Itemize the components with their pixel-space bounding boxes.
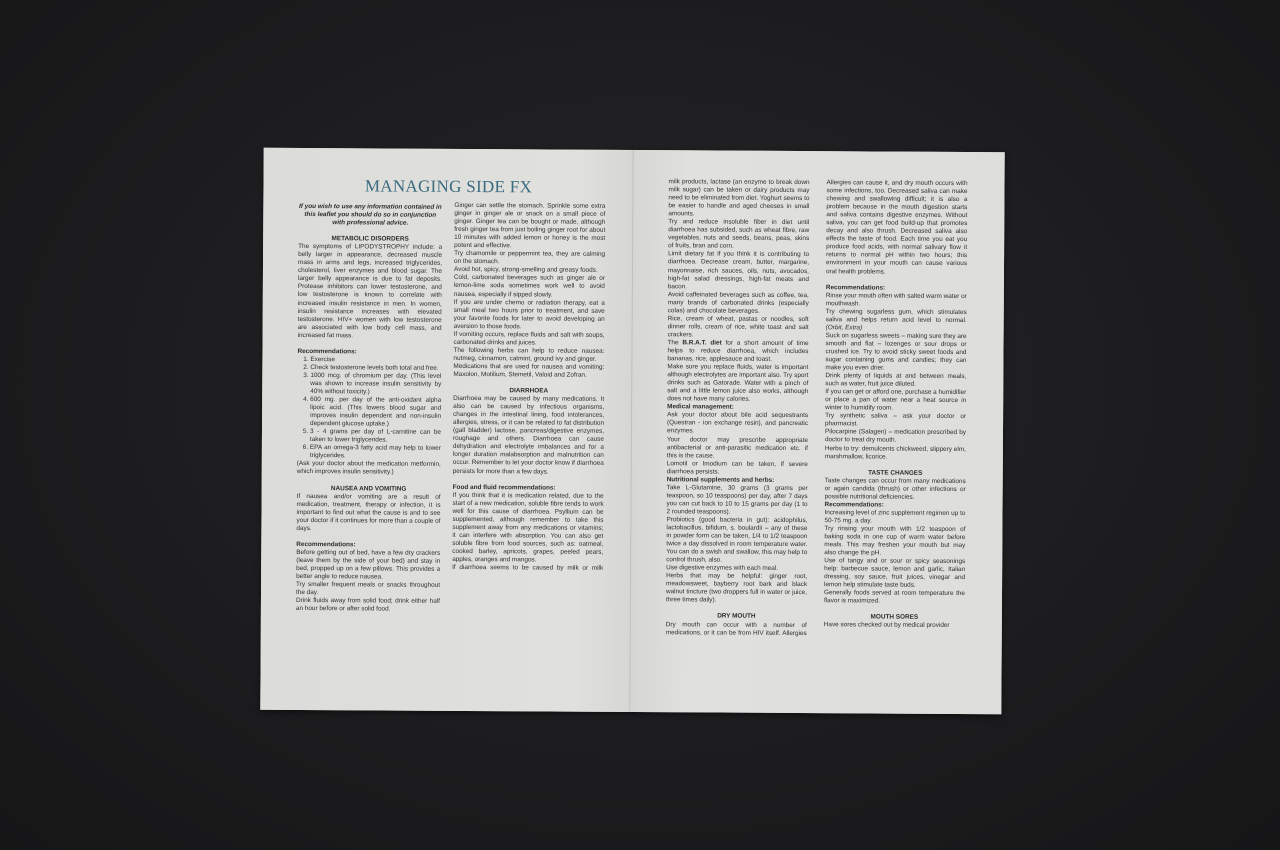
- dry-mouth-para: Rinse your mouth often with salted warm …: [826, 292, 967, 309]
- nausea-para: If you are under chemo or radiation ther…: [454, 298, 605, 331]
- fluids-para: Make sure you replace fluids, water is i…: [667, 363, 808, 404]
- taste-para: Generally foods served at room temperatu…: [824, 589, 965, 606]
- page-title: MANAGING SIDE FX: [263, 176, 633, 198]
- dry-mouth-body-text: Dry mouth can occur with a number of med…: [666, 621, 807, 638]
- mouth-sores-body: Have sores checked out by medical provid…: [824, 622, 965, 631]
- nausea-para: Cold, carbonated beverages such as ginge…: [454, 274, 605, 299]
- dry-mouth-para: Drink plenty of liquids at and between m…: [825, 372, 966, 389]
- food-para: Rice, cream of wheat, pastas or noodles,…: [668, 315, 809, 340]
- food-para: If diarrhoea seems to be caused by milk …: [452, 564, 603, 573]
- nausea-para: Before getting out of bed, have a few dr…: [296, 549, 440, 582]
- nutrition-para: Take L-Glutamine, 30 grams (3 grams per …: [666, 484, 807, 517]
- food-para: Try and reduce insoluble fiber in diet u…: [668, 218, 809, 251]
- dry-mouth-body-continued: Allergies can cause it, and dry mouth oc…: [826, 179, 968, 276]
- metabolic-body: The symptoms of LIPODYSTROPHY include: a…: [298, 243, 443, 340]
- nutrition-para: Probiotics (good bacteria in gut): acido…: [666, 516, 807, 565]
- taste-para: Increasing level of zinc supplement regi…: [824, 509, 965, 526]
- nausea-para: Try chamomile or peppermint tea, they ar…: [454, 250, 605, 267]
- list-item: EPA an omega-3 fatty acid may help to lo…: [310, 444, 441, 461]
- dry-mouth-para: Herbs to try: demulcents chickweed, slip…: [825, 445, 966, 462]
- taste-para: Try rinsing your mouth with 1/2 teaspoon…: [824, 525, 965, 558]
- dry-mouth-para: Try chewing sugarless gum, which stimula…: [826, 308, 967, 333]
- dry-mouth-para: If you can get or afford one, purchase a…: [825, 388, 966, 413]
- column-4: Allergies can cause it, and dry mouth oc…: [824, 179, 968, 630]
- dry-mouth-para: Suck on sugarless sweets – making sure t…: [825, 332, 966, 373]
- dry-mouth-para: Try synthetic saliva – ask your doctor o…: [825, 412, 966, 429]
- taste-para: Use of tangy and or sour or spicy season…: [824, 557, 965, 590]
- medical-para: Your doctor may prescribe appropriate an…: [667, 436, 808, 461]
- food-para: Limit dietary fat if you think it is con…: [668, 251, 809, 292]
- metabolic-rec-list: Exercise Check testosterone levels both …: [297, 356, 442, 461]
- brat-para: The B.R.A.T. diet for a short amount of …: [667, 339, 808, 364]
- brat-lead: The: [668, 339, 683, 346]
- metabolic-note: (Ask your doctor about the medication me…: [297, 460, 441, 477]
- left-page: MANAGING SIDE FX If you wish to use any …: [260, 148, 633, 712]
- column-3: milk products, lactase (an enzyme to bre…: [666, 178, 810, 637]
- nausea-para: Drink fluids away from solid food; drink…: [296, 597, 440, 614]
- intro-disclaimer: If you wish to use any information conta…: [298, 203, 442, 228]
- food-para-text: If diarrhoea seems to be caused by milk …: [452, 564, 603, 573]
- food-para-continued: milk products, lactase (an enzyme to bre…: [668, 178, 809, 219]
- leaflet: MANAGING SIDE FX If you wish to use any …: [260, 148, 1004, 715]
- food-para: Avoid caffeinated beverages such as coff…: [668, 291, 809, 316]
- nausea-para: Ginger can settle the stomach. Sprinkle …: [454, 202, 605, 251]
- diarrhoea-body: Diarrhoea may be caused by many medicati…: [453, 395, 604, 476]
- nausea-para: The following herbs can help to reduce n…: [453, 347, 604, 364]
- dry-mouth-body: Dry mouth can occur with a number of med…: [666, 621, 807, 638]
- list-item: 600 mg. per day of the anti-oxidant alph…: [310, 396, 441, 429]
- nutrition-para: Herbs that may be helpful: ginger root, …: [666, 573, 807, 606]
- list-item: 3 - 4 grams per day of L-carnitine can b…: [310, 428, 441, 445]
- gum-brands: (Orbit, Extra): [826, 324, 863, 331]
- nausea-para: Try smaller frequent meals or snacks thr…: [296, 581, 440, 598]
- food-para: If you think that it is medication relat…: [452, 491, 603, 564]
- gum-text: Try chewing sugarless gum, which stimula…: [826, 308, 967, 324]
- medical-para: Ask your doctor about bile acid sequestr…: [667, 412, 808, 437]
- nausea-para: If vomiting occurs, replace fluids and s…: [454, 331, 605, 348]
- column-2: Ginger can settle the stomach. Sprinkle …: [452, 202, 605, 573]
- dry-mouth-para: Pilocarpine (Salagen) – medication presc…: [825, 429, 966, 446]
- taste-body: Taste changes can occur from many medica…: [825, 477, 966, 502]
- nausea-body: If nausea and/or vomiting are a result o…: [296, 492, 440, 533]
- brat-diet: B.R.A.T. diet: [682, 339, 721, 346]
- list-item: 1000 mcg. of chromium per day. (This lev…: [310, 372, 441, 397]
- medical-para: Lomotil or Imodium can be taken, if seve…: [667, 460, 808, 477]
- nausea-para: Medications that are used for nausea and…: [453, 363, 604, 380]
- column-1: If you wish to use any information conta…: [296, 203, 443, 614]
